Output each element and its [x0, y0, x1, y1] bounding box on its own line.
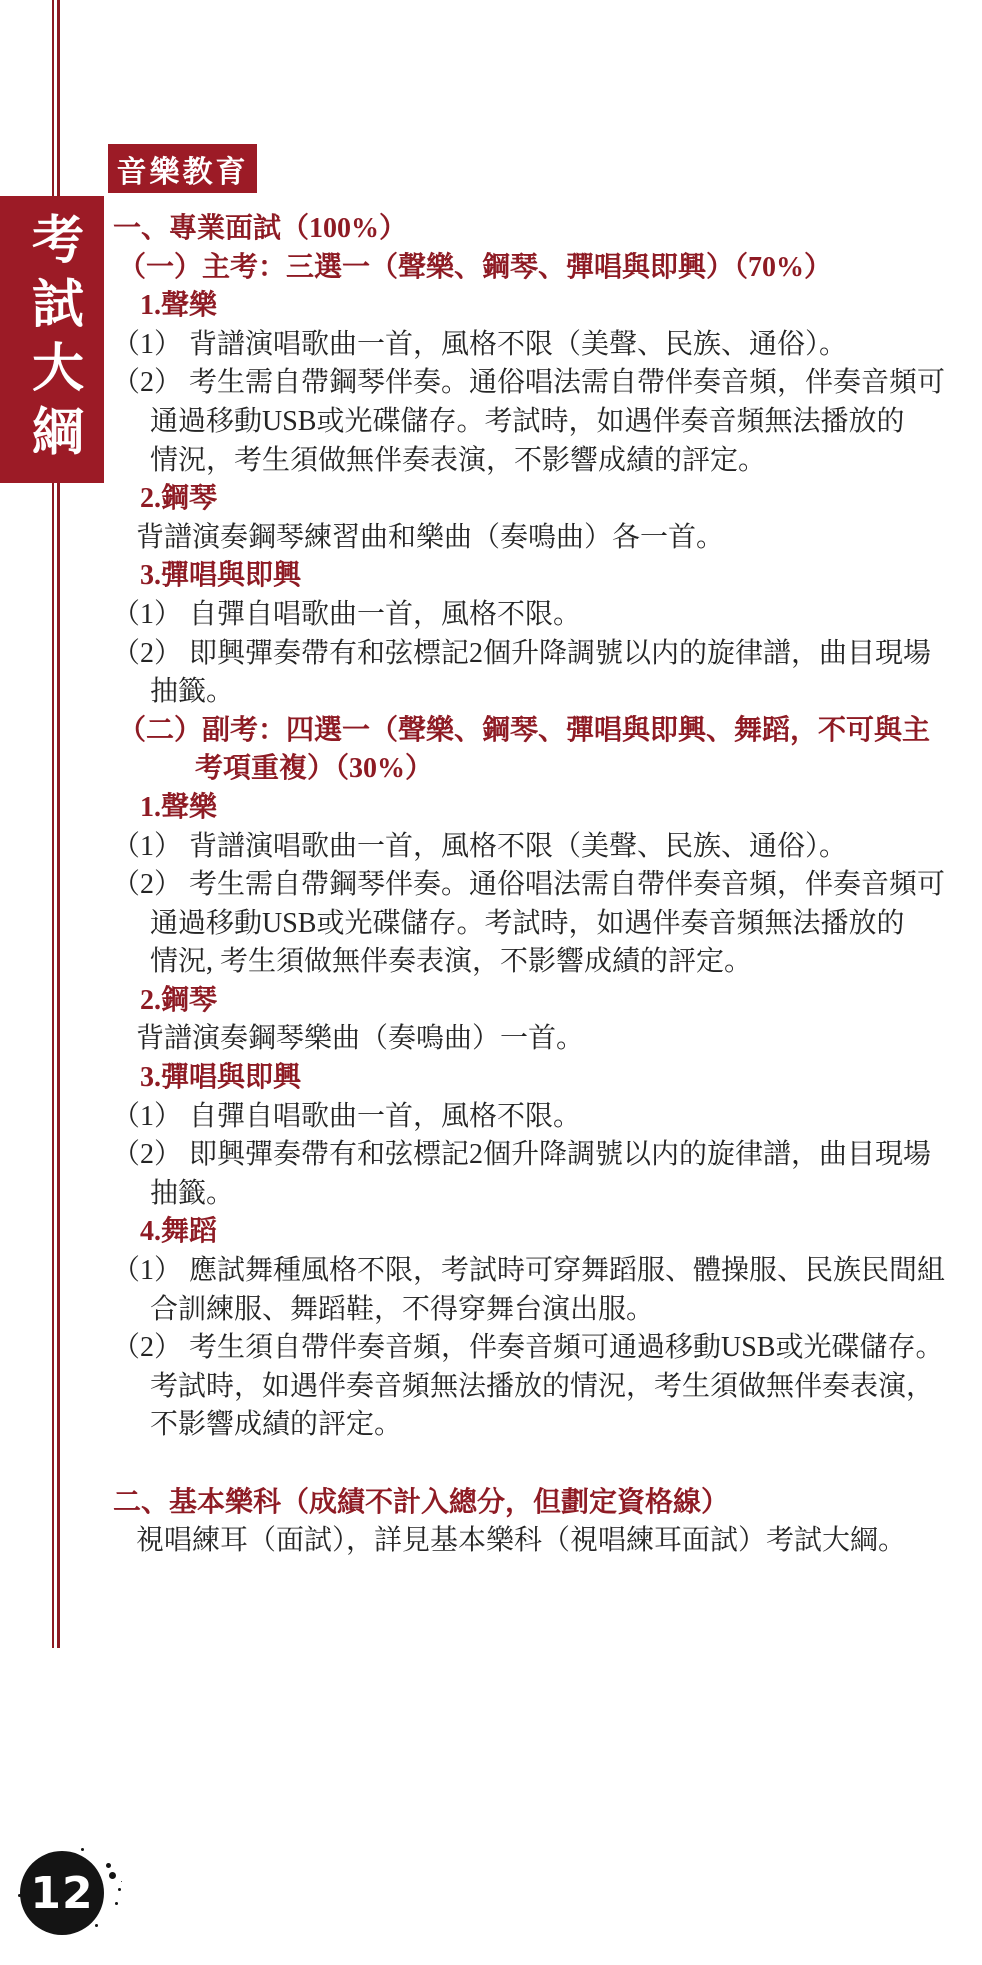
- sidebar-exam-outline-banner: 考試大綱: [0, 196, 104, 483]
- content-lines: 一、專業面試（100%）（一）主考：三選一（聲樂、鋼琴、彈唱與即興）（70%）1…: [112, 210, 978, 1561]
- sidebar-vertical-title: 考試大綱: [15, 212, 90, 468]
- text-line: 二、基本樂科（成績不計入總分，但劃定資格線）: [113, 1484, 978, 1523]
- text-line: 抽籤。: [150, 673, 978, 712]
- text-line: （1） 背譜演唱歌曲一首，風格不限（美聲、民族、通俗）。: [112, 326, 978, 365]
- text-line: （2） 即興彈奏帶有和弦標記2個升降調號以内的旋律譜，曲目現場: [112, 1136, 978, 1175]
- text-line: （2） 考生須自帶伴奏音頻，伴奏音頻可通過移動USB或光碟儲存。: [112, 1329, 978, 1368]
- text-line: 合訓練服、舞蹈鞋，不得穿舞台演出服。: [150, 1291, 978, 1330]
- text-line: （二）副考：四選一（聲樂、鋼琴、彈唱與即興、舞蹈，不可與主: [118, 712, 978, 751]
- section-badge: 音樂教育: [108, 144, 257, 193]
- page: { "page": { "number": "12" }, "colors": …: [0, 0, 982, 1965]
- text-line: 1.聲樂: [140, 789, 978, 828]
- text-line: 視唱練耳（面試），詳見基本樂科（視唱練耳面試）考試大綱。: [136, 1522, 978, 1561]
- page-number: 12: [30, 1868, 93, 1919]
- text-line: （2） 即興彈奏帶有和弦標記2個升降調號以内的旋律譜，曲目現場: [112, 635, 978, 674]
- text-line: 抽籤。: [150, 1175, 978, 1214]
- text-line: 情況，考生須做無伴奏表演，不影響成績的評定。: [150, 442, 978, 481]
- text-line: 2.鋼琴: [140, 982, 978, 1021]
- blank-line: [112, 1445, 978, 1484]
- text-line: 2.鋼琴: [140, 480, 978, 519]
- section-badge-label: 音樂教育: [117, 147, 249, 191]
- text-line: 一、專業面試（100%）: [113, 210, 978, 249]
- text-line: 情況, 考生須做無伴奏表演，不影響成績的評定。: [150, 943, 978, 982]
- text-line: 考項重複）（30%）: [195, 750, 978, 789]
- text-line: 通過移動USB或光碟儲存。考試時，如遇伴奏音頻無法播放的: [150, 905, 978, 944]
- text-line: 3.彈唱與即興: [140, 1059, 978, 1098]
- text-line: 通過移動USB或光碟儲存。考試時，如遇伴奏音頻無法播放的: [150, 403, 978, 442]
- text-line: （1） 自彈自唱歌曲一首，風格不限。: [112, 1098, 978, 1137]
- text-line: （1） 應試舞種風格不限，考試時可穿舞蹈服、體操服、民族民間組: [112, 1252, 978, 1291]
- text-line: 1.聲樂: [140, 287, 978, 326]
- text-line: （2） 考生需自帶鋼琴伴奏。通俗唱法需自帶伴奏音頻，伴奏音頻可: [112, 364, 978, 403]
- text-line: 考試時，如遇伴奏音頻無法播放的情況，考生須做無伴奏表演，: [150, 1368, 978, 1407]
- text-line: 4.舞蹈: [140, 1213, 978, 1252]
- text-line: 不影響成績的評定。: [150, 1406, 978, 1445]
- text-line: 背譜演奏鋼琴樂曲（奏鳴曲）一首。: [136, 1020, 978, 1059]
- page-number-badge: 12: [20, 1851, 104, 1935]
- text-line: 3.彈唱與即興: [140, 557, 978, 596]
- text-line: 背譜演奏鋼琴練習曲和樂曲（奏鳴曲）各一首。: [136, 519, 978, 558]
- text-line: （2） 考生需自帶鋼琴伴奏。通俗唱法需自帶伴奏音頻，伴奏音頻可: [112, 866, 978, 905]
- text-line: （1） 背譜演唱歌曲一首，風格不限（美聲、民族、通俗）。: [112, 828, 978, 867]
- text-line: （一）主考：三選一（聲樂、鋼琴、彈唱與即興）（70%）: [118, 249, 978, 288]
- text-line: （1） 自彈自唱歌曲一首，風格不限。: [112, 596, 978, 635]
